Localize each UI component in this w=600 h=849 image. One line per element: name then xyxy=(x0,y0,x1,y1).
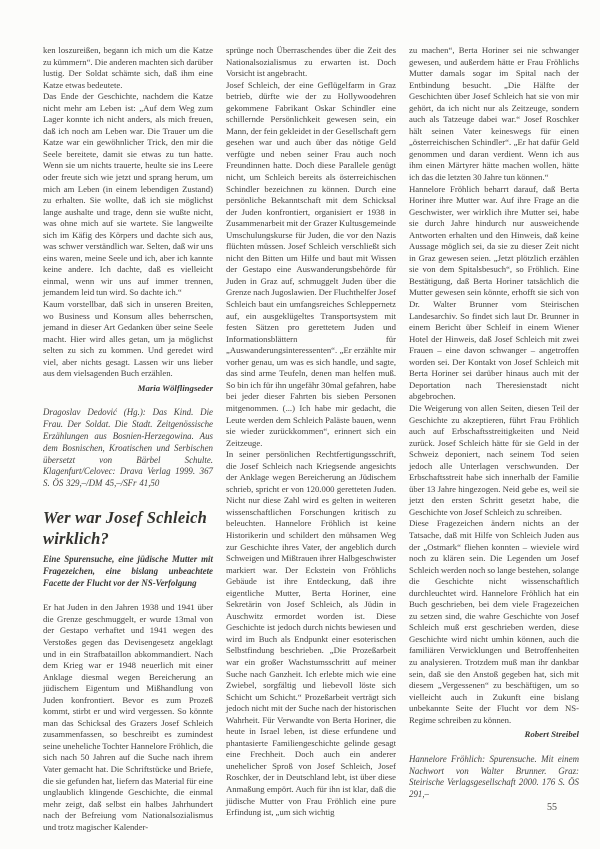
paragraph: sprünge noch Überraschendes über die Zei… xyxy=(226,45,396,80)
paragraph: In seiner persönlichen Rechtfertigungssc… xyxy=(226,449,396,819)
paragraph: ken loszureißen, begann ich mich um die … xyxy=(43,45,213,91)
paragraph: Das Ende der Geschichte, nachdem die Kat… xyxy=(43,91,213,299)
page-number: 55 xyxy=(547,802,557,813)
author-signature: Maria Wölflingseder xyxy=(43,383,213,395)
book-citation: Dragoslav Dedović (Hg.): Das Kind. Die F… xyxy=(43,407,213,490)
column-left: ken loszureißen, begann ich mich um die … xyxy=(43,45,213,833)
author-signature: Robert Streibel xyxy=(409,729,579,741)
paragraph: Hannelore Fröhlich beharrt darauf, daß B… xyxy=(409,184,579,403)
journal-page: ken loszureißen, begann ich mich um die … xyxy=(0,0,600,849)
column-middle: sprünge noch Überraschendes über die Zei… xyxy=(226,45,396,833)
paragraph: Josef Schleich, der eine Geflügelfarm in… xyxy=(226,80,396,450)
text-columns: ken loszureißen, begann ich mich um die … xyxy=(43,45,574,833)
article-title: Wer war Josef Schleich wirklich? xyxy=(43,507,213,549)
paragraph: Kaum vorstellbar, daß sich in unseren Br… xyxy=(43,299,213,380)
column-right: zu machen“, Berta Horiner sei nie schwan… xyxy=(409,45,579,833)
article-subtitle: Eine Spurensuche, eine jüdische Mutter m… xyxy=(43,554,213,589)
paragraph: Er hat Juden in den Jahren 1938 und 1941… xyxy=(43,602,213,833)
paragraph: Die Weigerung von allen Seiten, diesen T… xyxy=(409,403,579,518)
paragraph: Diese Fragezeichen ändern nichts an der … xyxy=(409,518,579,726)
book-citation: Hannelore Fröhlich: Spurensuche. Mit ein… xyxy=(409,754,579,801)
paragraph: zu machen“, Berta Horiner sei nie schwan… xyxy=(409,45,579,184)
